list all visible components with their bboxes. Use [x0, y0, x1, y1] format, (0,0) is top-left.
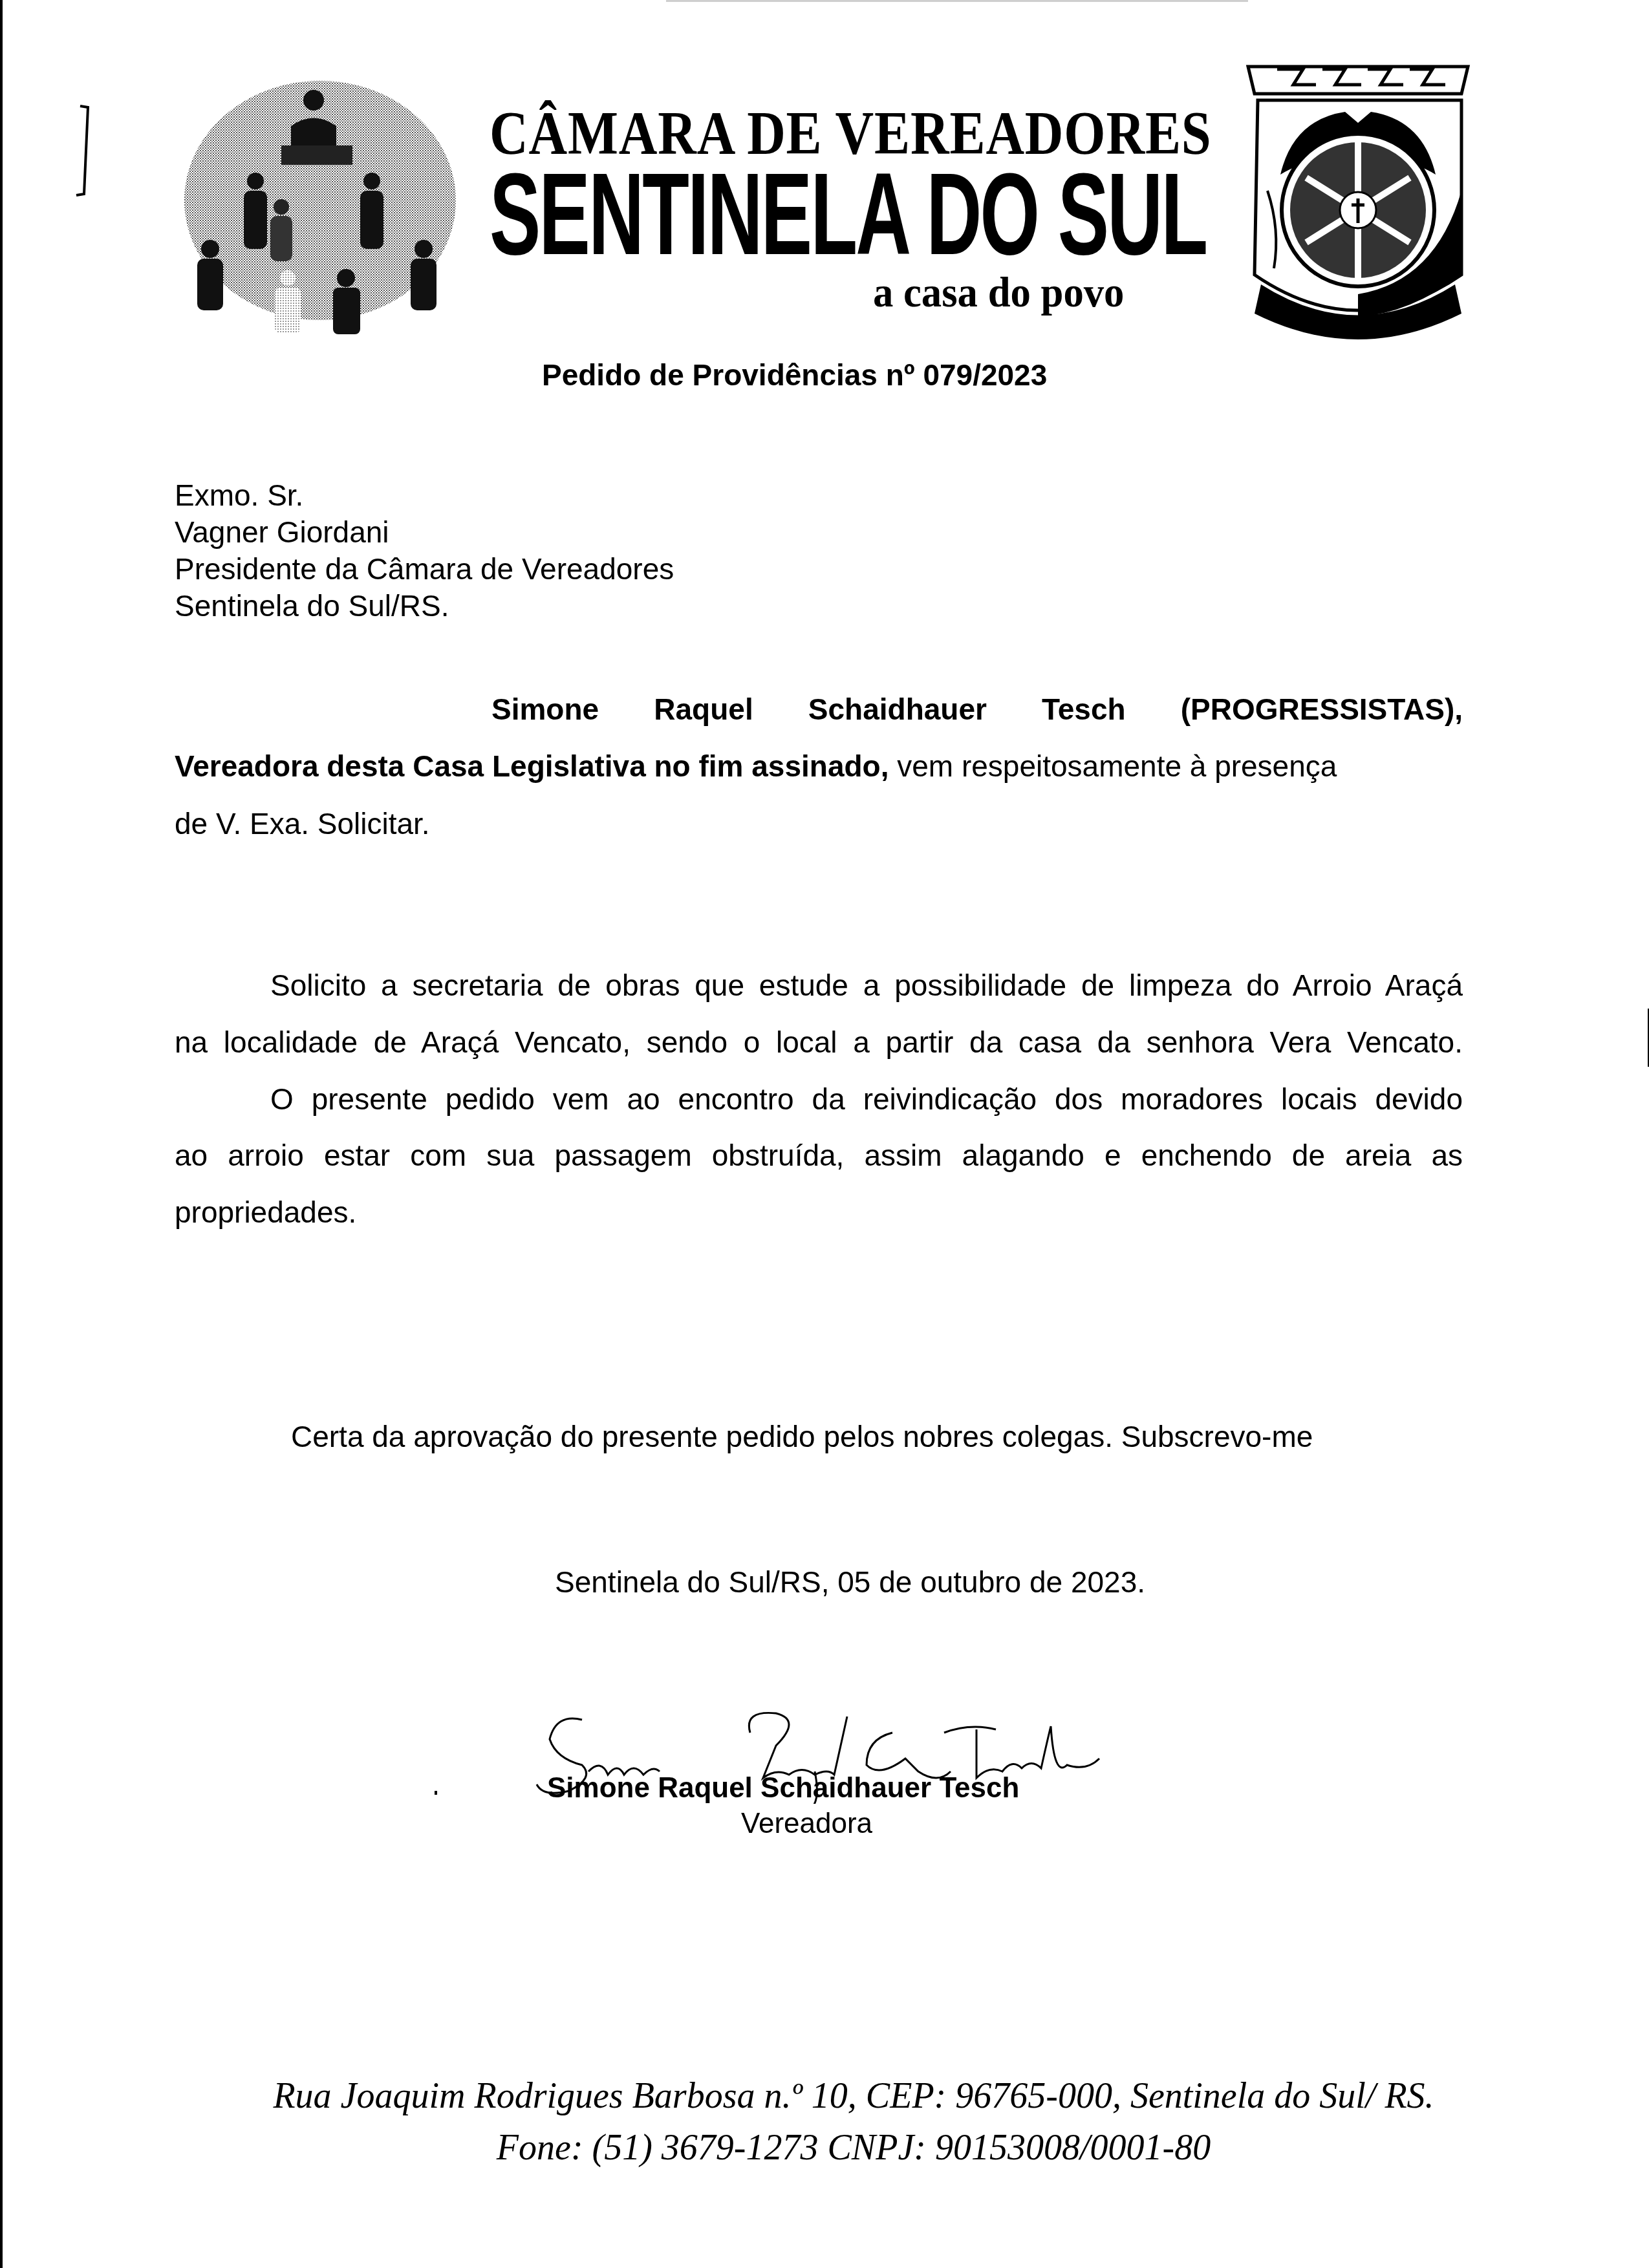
closing-text: Certa da aprovação do presente pedido pe…: [291, 1419, 1313, 1454]
document-title: Pedido de Providências nº 079/2023: [542, 358, 1047, 392]
addressee-location: Sentinela do Sul/RS.: [175, 588, 674, 625]
intro-author: Simone Raquel Schaidhauer Tesch (PROGRES…: [491, 692, 1463, 727]
addressee-title: Presidente da Câmara de Vereadores: [175, 551, 674, 588]
body-p2-line2: ao arroio estar com sua passagem obstruí…: [175, 1138, 1463, 1173]
signatory-role: Vereadora: [741, 1808, 872, 1840]
intro-rest: vem respeitosamente à presença: [889, 749, 1337, 783]
margin-bracket-mark: [75, 103, 91, 200]
addressee-name: Vagner Giordani: [175, 514, 674, 551]
body-p1-line1: Solicito a secretaria de obras que estud…: [270, 968, 1463, 1003]
addressee-salutation: Exmo. Sr.: [175, 477, 674, 514]
municipality-name: SENTINELA DO SUL: [490, 156, 1206, 273]
intro-role: Vereadora desta Casa Legislativa no fim …: [175, 749, 889, 783]
body-p1-line2: na localidade de Araçá Vencato, sendo o …: [175, 1025, 1463, 1060]
scan-top-mark: [666, 0, 1248, 2]
body-p2-line1: O presente pedido vem ao encontro da rei…: [270, 1082, 1463, 1117]
municipal-coat-of-arms-icon: [1242, 61, 1474, 346]
intro-line3: de V. Exa. Solicitar.: [175, 806, 430, 841]
chamber-tagline: a casa do povo: [873, 268, 1124, 317]
body-p2-line3: propriedades.: [175, 1195, 356, 1230]
intro-line2: Vereadora desta Casa Legislativa no fim …: [175, 749, 1337, 784]
addressee-block: Exmo. Sr. Vagner Giordani Presidente da …: [175, 477, 674, 625]
signatory-name: Simone Raquel Schaidhauer Tesch: [547, 1772, 1019, 1804]
place-date: Sentinela do Sul/RS, 05 de outubro de 20…: [555, 1565, 1145, 1599]
footer-address: Rua Joaquim Rodrigues Barbosa n.º 10, CE…: [0, 2075, 1649, 2117]
scan-speck: [435, 1791, 437, 1795]
footer-contact: Fone: (51) 3679-1273 CNPJ: 90153008/0001…: [0, 2127, 1649, 2168]
people-council-icon: [184, 65, 462, 336]
scan-page-edge: [0, 0, 3, 2268]
